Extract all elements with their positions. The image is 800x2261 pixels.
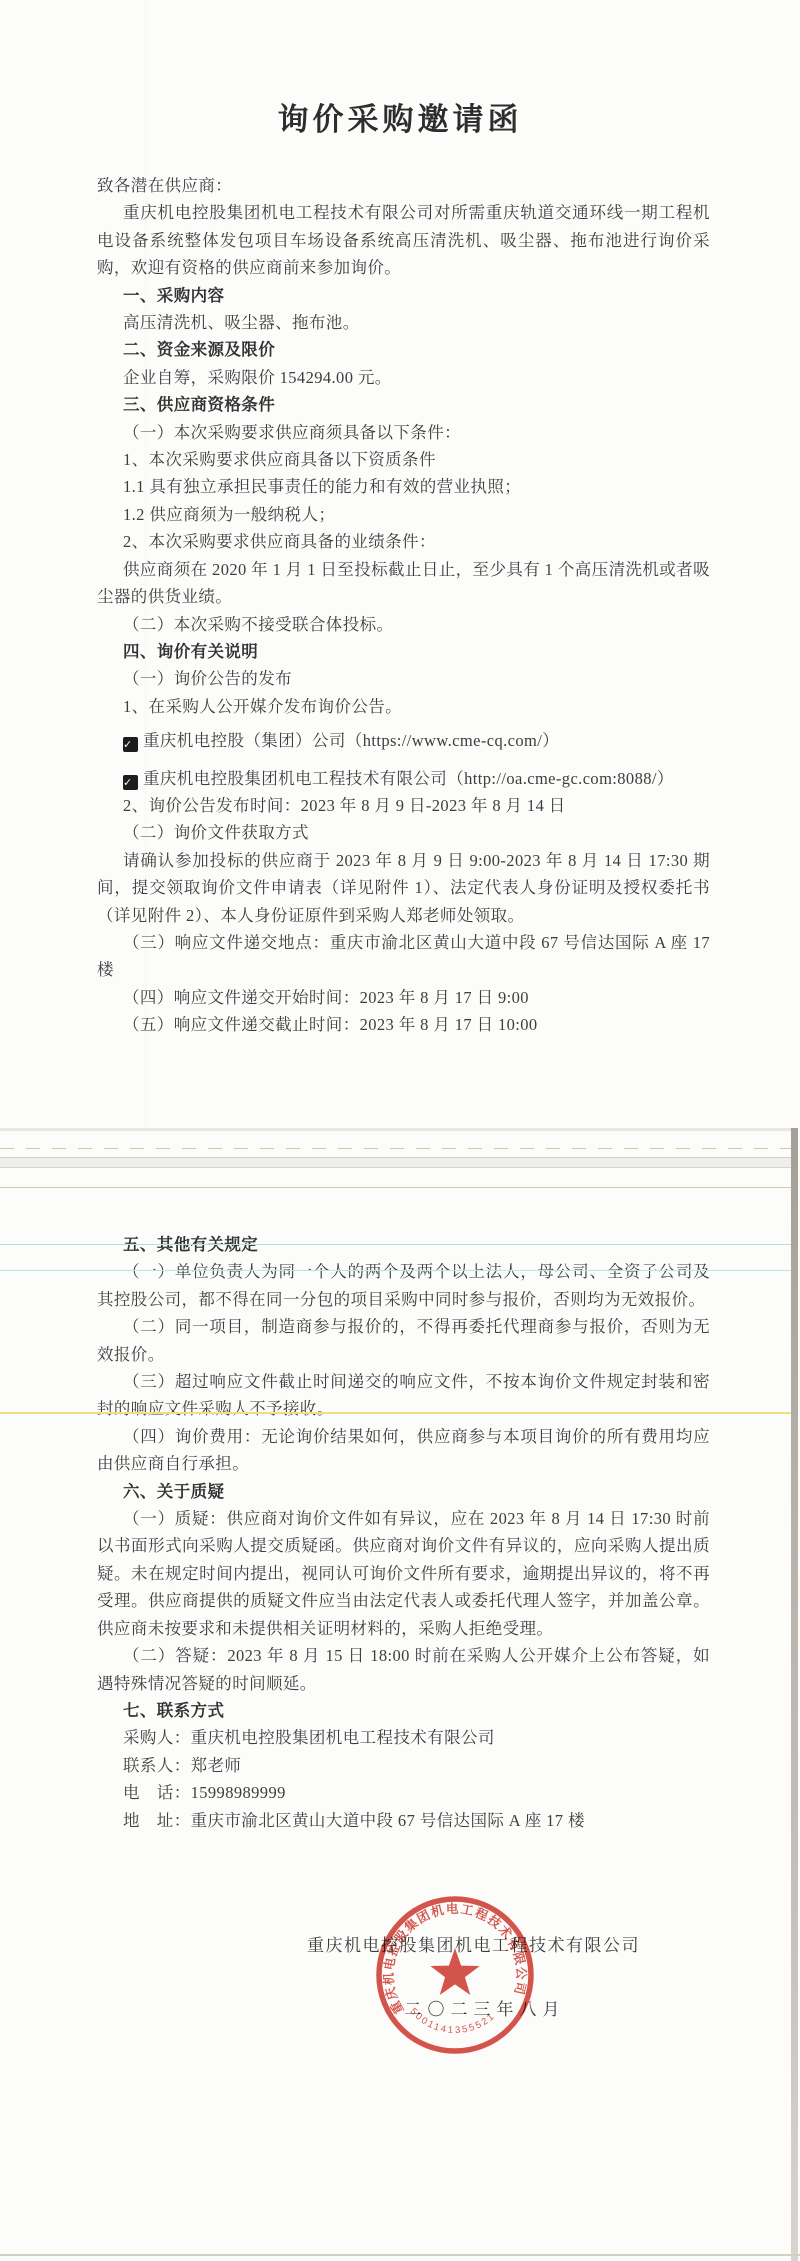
paragraph-text: 七、联系方式 <box>123 1701 224 1720</box>
paragraph-text: 2、询价公告发布时间：2023 年 8 月 9 日-2023 年 8 月 14 … <box>123 796 566 815</box>
paragraph-text: 一、采购内容 <box>123 286 224 305</box>
paragraph: 请确认参加投标的供应商于 2023 年 8 月 9 日 9:00-2023 年 … <box>97 847 710 929</box>
paragraph: 一、采购内容 <box>97 282 710 309</box>
document-title: 询价采购邀请函 <box>0 94 800 139</box>
paragraph: 采购人：重庆机电控股集团机电工程技术有限公司 <box>97 1724 710 1751</box>
paragraph-text: 高压清洗机、吸尘器、拖布池。 <box>123 313 360 332</box>
scanned-document: 询价采购邀请函 致各潜在供应商：重庆机电控股集团机电工程技术有限公司对所需重庆轨… <box>0 0 800 2261</box>
paragraph-text: 二、资金来源及限价 <box>123 340 275 359</box>
page2-body: 五、其他有关规定（一）单位负责人为同一个人的两个及两个以上法人，母公司、全资子公… <box>97 1231 710 1834</box>
paragraph: 三、供应商资格条件 <box>97 391 710 418</box>
paragraph-text: （二）同一项目，制造商参与报价的，不得再委托代理商参与报价，否则为无效报价。 <box>97 1317 710 1363</box>
paragraph: 1、本次采购要求供应商具备以下资质条件 <box>97 446 710 473</box>
paragraph: 联系人：郑老师 <box>97 1752 710 1779</box>
paragraph-text: 四、询价有关说明 <box>123 642 258 661</box>
scan-artifact-tan-line <box>0 1187 791 1188</box>
paragraph-text: （二）答疑：2023 年 8 月 15 日 18:00 时前在采购人公开媒介上公… <box>97 1646 710 1692</box>
paragraph: （五）响应文件递交截止时间：2023 年 8 月 17 日 10:00 <box>97 1011 710 1038</box>
paragraph-text: 企业自筹，采购限价 154294.00 元。 <box>123 368 392 387</box>
paragraph-text: （三）响应文件递交地点：重庆市渝北区黄山大道中段 67 号信达国际 A 座 17… <box>97 933 710 979</box>
scan-artifact-page-edge <box>0 1128 791 1131</box>
paragraph: （三）响应文件递交地点：重庆市渝北区黄山大道中段 67 号信达国际 A 座 17… <box>97 929 710 984</box>
paragraph-text: 1、在采购人公开媒介发布询价公告。 <box>123 697 402 716</box>
paragraph: （二）询价文件获取方式 <box>97 819 710 846</box>
paragraph: （四）响应文件递交开始时间：2023 年 8 月 17 日 9:00 <box>97 984 710 1011</box>
paragraph: 电 话：15998989999 <box>97 1779 710 1806</box>
seal-star-icon <box>430 1948 479 1995</box>
paragraph-text: 六、关于质疑 <box>123 1482 224 1501</box>
paragraph: 1、在采购人公开媒介发布询价公告。 <box>97 693 710 720</box>
paragraph-text: （五）响应文件递交截止时间：2023 年 8 月 17 日 10:00 <box>123 1015 538 1034</box>
paragraph-text: （二）本次采购不接受联合体投标。 <box>123 615 393 634</box>
scan-artifact-yellow-line <box>0 1412 791 1414</box>
paragraph-text: 采购人：重庆机电控股集团机电工程技术有限公司 <box>123 1728 495 1747</box>
company-seal: 重庆机电控股集团机电工程技术有限公司 5001141355521 <box>370 1890 540 2060</box>
paragraph-text: （四）响应文件递交开始时间：2023 年 8 月 17 日 9:00 <box>123 988 529 1007</box>
paragraph: （三）超过响应文件截止时间递交的响应文件，不按本询价文件规定封装和密封的响应文件… <box>97 1368 710 1423</box>
paragraph: （一）质疑：供应商对询价文件如有异议，应在 2023 年 8 月 14 日 17… <box>97 1505 710 1642</box>
paragraph-text: 1.2 供应商须为一般纳税人； <box>123 505 335 524</box>
seal-number: 5001141355521 <box>408 2006 498 2036</box>
paragraph-text: 电 话：15998989999 <box>123 1783 286 1802</box>
paragraph-text: 1.1 具有独立承担民事责任的能力和有效的营业执照； <box>123 477 521 496</box>
paragraph-text: （一）询价公告的发布 <box>123 669 292 688</box>
paragraph: 1.1 具有独立承担民事责任的能力和有效的营业执照； <box>97 473 710 500</box>
page1-body: 致各潜在供应商：重庆机电控股集团机电工程技术有限公司对所需重庆轨道交通环线一期工… <box>97 172 710 1039</box>
paragraph-text: 重庆机电控股（集团）公司（https://www.cme-cq.com/） <box>143 731 559 750</box>
paragraph-text: 致各潜在供应商： <box>97 176 232 195</box>
paragraph: ✓重庆机电控股集团机电工程技术有限公司（http://oa.cme-gc.com… <box>97 765 710 792</box>
scan-artifact-teal-line <box>0 1244 791 1245</box>
paragraph: 2、询价公告发布时间：2023 年 8 月 9 日-2023 年 8 月 14 … <box>97 792 710 819</box>
paragraph-text: 供应商须在 2020 年 1 月 1 日至投标截止日止，至少具有 1 个高压清洗… <box>97 560 710 606</box>
paragraph: 供应商须在 2020 年 1 月 1 日至投标截止日止，至少具有 1 个高压清洗… <box>97 556 710 611</box>
paragraph-text: （二）询价文件获取方式 <box>123 823 309 842</box>
paragraph-text: 联系人：郑老师 <box>123 1756 241 1775</box>
paragraph: ✓重庆机电控股（集团）公司（https://www.cme-cq.com/） <box>97 727 710 754</box>
paragraph: 企业自筹，采购限价 154294.00 元。 <box>97 364 710 391</box>
paragraph: （二）同一项目，制造商参与报价的，不得再委托代理商参与报价，否则为无效报价。 <box>97 1313 710 1368</box>
paragraph-text: 重庆机电控股集团机电工程技术有限公司（http://oa.cme-gc.com:… <box>143 769 674 788</box>
paragraph: （一）单位负责人为同一个人的两个及两个以上法人，母公司、全资子公司及其控股公司，… <box>97 1258 710 1313</box>
paragraph: 四、询价有关说明 <box>97 638 710 665</box>
scan-artifact-teal-line <box>0 1270 791 1271</box>
scan-artifact-bottom-line <box>0 2254 800 2256</box>
paragraph-text: 1、本次采购要求供应商具备以下资质条件 <box>123 450 436 469</box>
paragraph: 1.2 供应商须为一般纳税人； <box>97 501 710 528</box>
paragraph: 七、联系方式 <box>97 1697 710 1724</box>
paragraph: （一）询价公告的发布 <box>97 665 710 692</box>
checked-checkbox-icon: ✓ <box>123 737 138 752</box>
paragraph: （一）本次采购要求供应商须具备以下条件： <box>97 419 710 446</box>
paragraph: 高压清洗机、吸尘器、拖布池。 <box>97 309 710 336</box>
paragraph-text: 地 址：重庆市渝北区黄山大道中段 67 号信达国际 A 座 17 楼 <box>123 1811 585 1830</box>
paragraph-text: 三、供应商资格条件 <box>123 395 275 414</box>
paragraph: （二）本次采购不接受联合体投标。 <box>97 611 710 638</box>
scan-artifact-dashed-line <box>0 1148 791 1149</box>
paragraph-text: 重庆机电控股集团机电工程技术有限公司对所需重庆轨道交通环线一期工程机电设备系统整… <box>97 203 710 277</box>
paragraph: 六、关于质疑 <box>97 1478 710 1505</box>
paragraph: 致各潜在供应商： <box>97 172 710 199</box>
paragraph: 二、资金来源及限价 <box>97 336 710 363</box>
scan-artifact-right-edge-shadow <box>791 1128 798 2261</box>
scan-artifact-gray-band <box>0 1157 791 1168</box>
paragraph-text: （四）询价费用：无论询价结果如何，供应商参与本项目询价的所有费用均应由供应商自行… <box>97 1427 710 1473</box>
paragraph-text: 请确认参加投标的供应商于 2023 年 8 月 9 日 9:00-2023 年 … <box>97 851 710 925</box>
paragraph: 地 址：重庆市渝北区黄山大道中段 67 号信达国际 A 座 17 楼 <box>97 1807 710 1834</box>
paragraph-text: （一）本次采购要求供应商须具备以下条件： <box>123 423 461 442</box>
paragraph-text: 2、本次采购要求供应商具备的业绩条件： <box>123 532 436 551</box>
paragraph: 重庆机电控股集团机电工程技术有限公司对所需重庆轨道交通环线一期工程机电设备系统整… <box>97 199 710 281</box>
paragraph: （二）答疑：2023 年 8 月 15 日 18:00 时前在采购人公开媒介上公… <box>97 1642 710 1697</box>
checked-checkbox-icon: ✓ <box>123 775 138 790</box>
paragraph: （四）询价费用：无论询价结果如何，供应商参与本项目询价的所有费用均应由供应商自行… <box>97 1423 710 1478</box>
paragraph: 2、本次采购要求供应商具备的业绩条件： <box>97 528 710 555</box>
paragraph-text: （一）质疑：供应商对询价文件如有异议，应在 2023 年 8 月 14 日 17… <box>97 1509 710 1638</box>
